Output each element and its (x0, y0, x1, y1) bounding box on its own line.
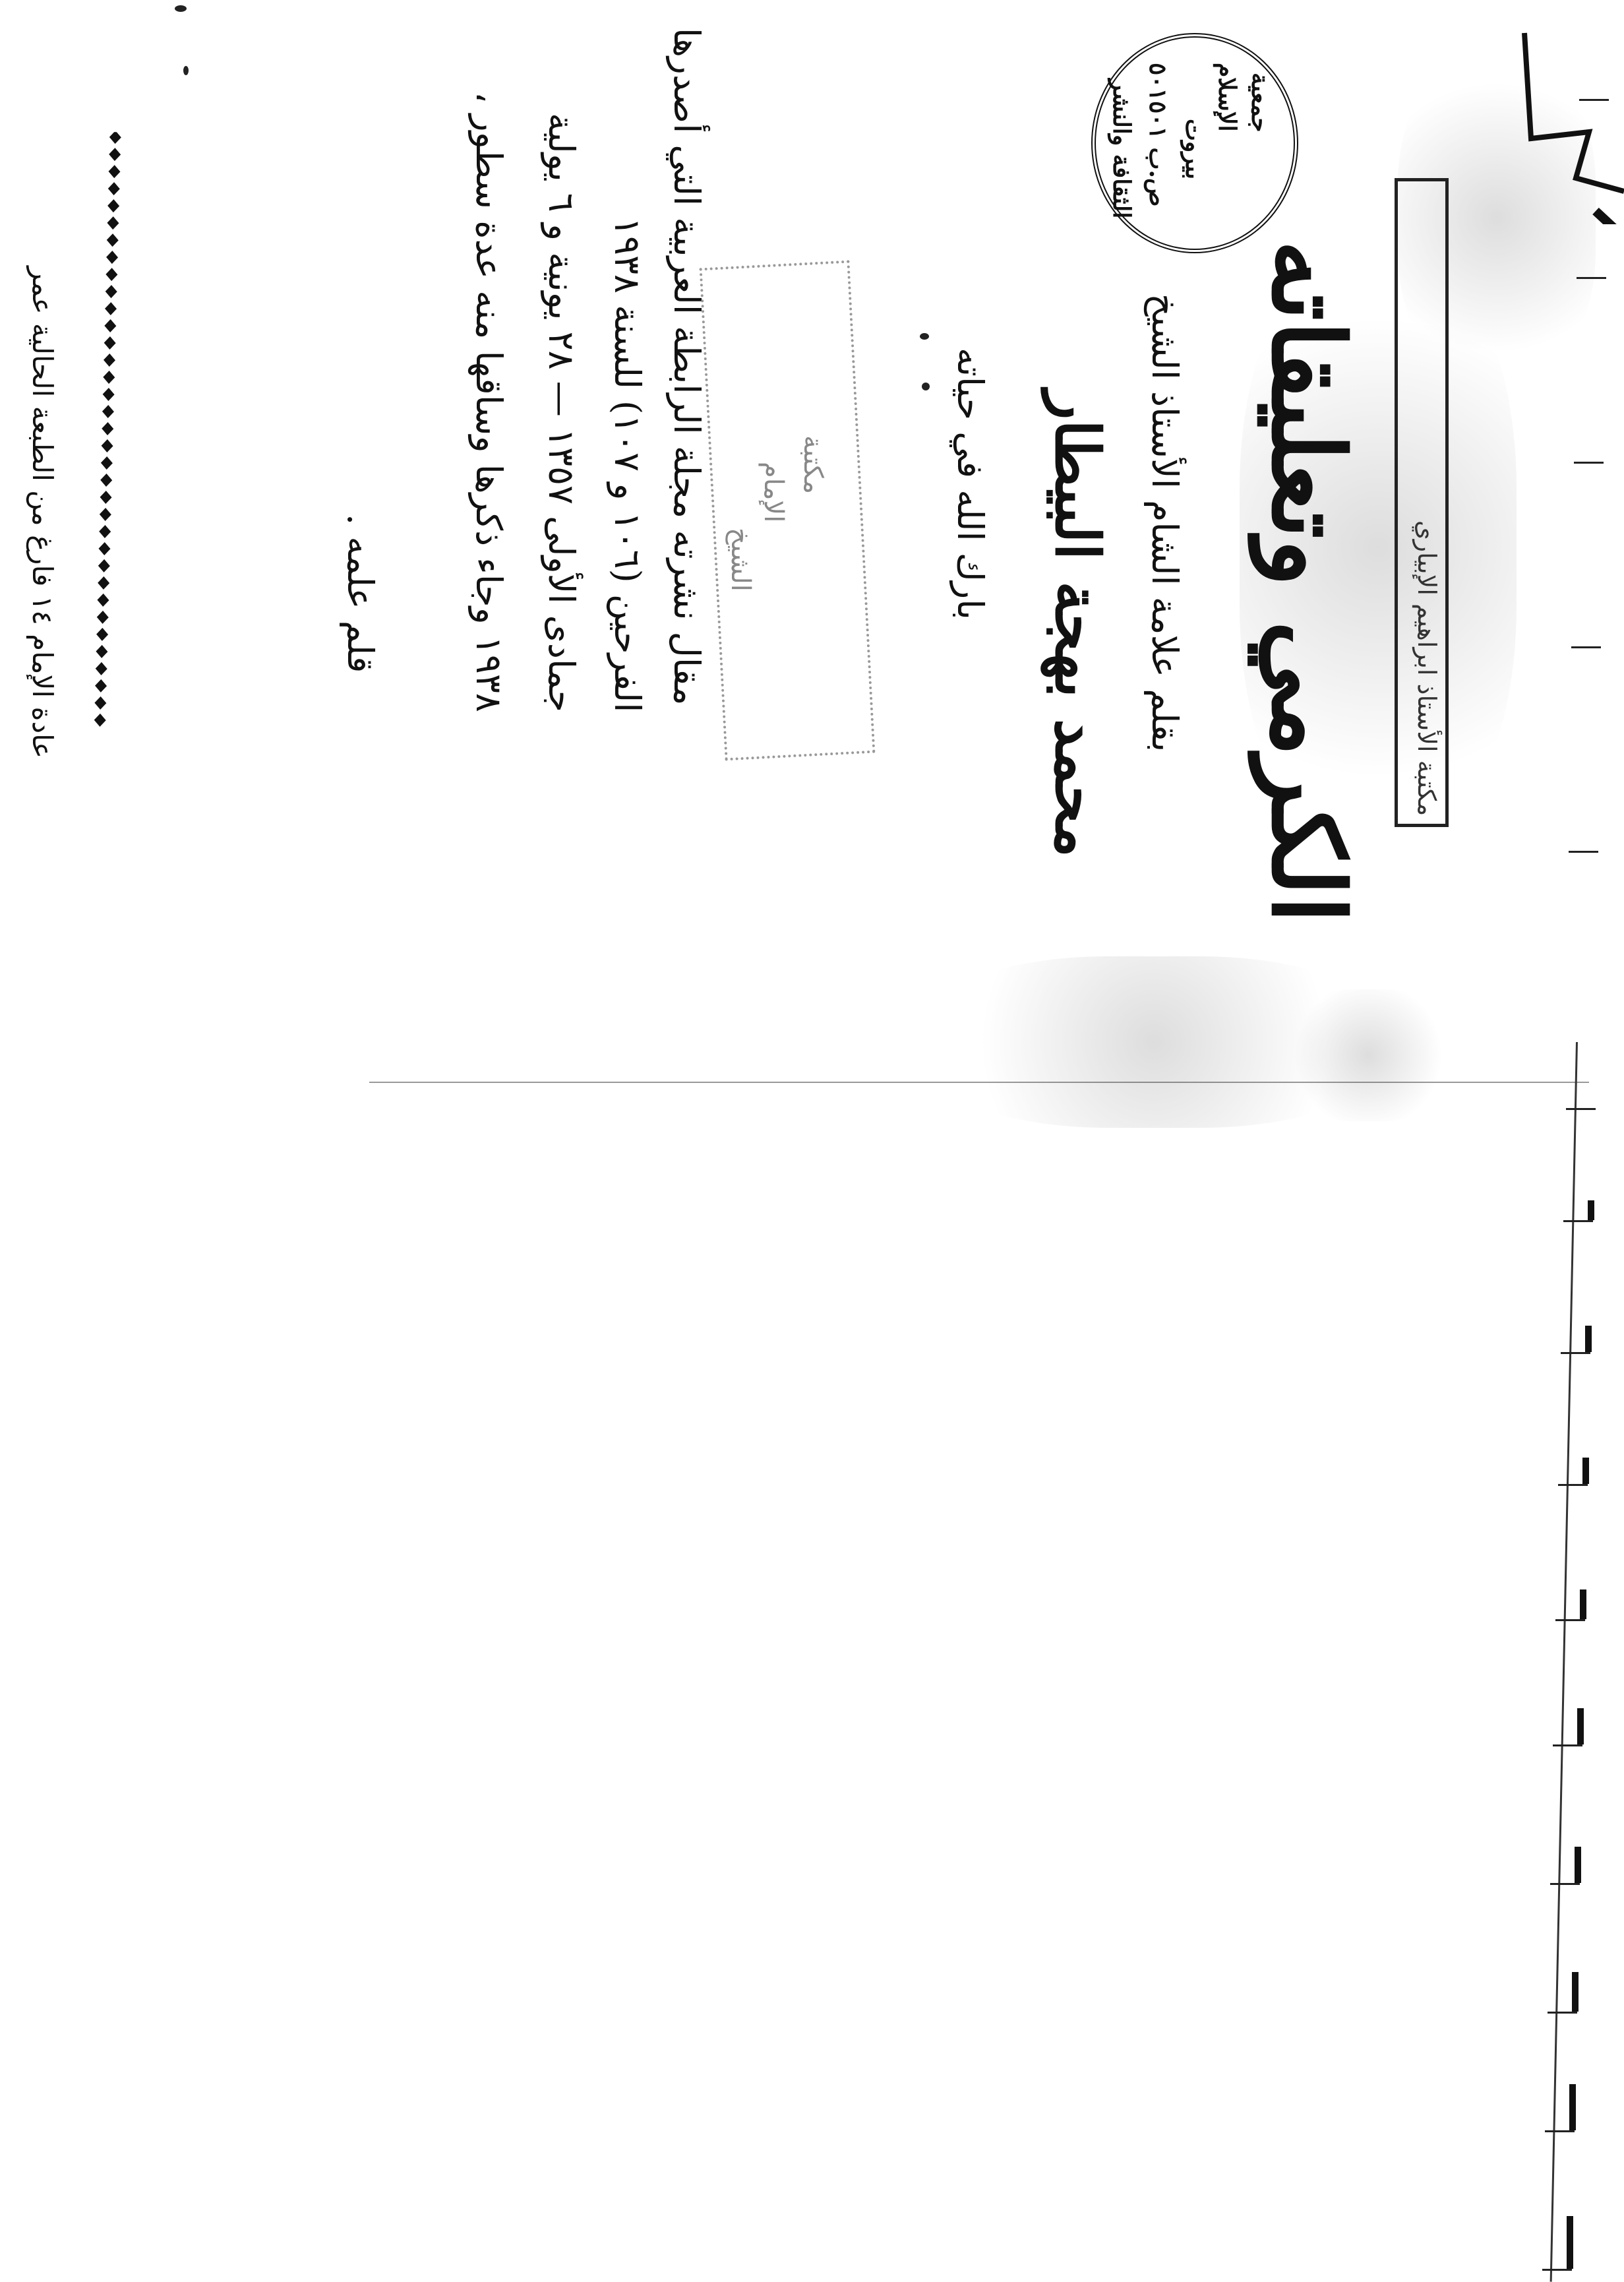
body-line: ١٩٣٨ وجاء ذكرها وساقها منه عدة سطور ، (468, 132, 510, 712)
library-label-box: مكتبة الأستاذ ابراهيم الإبياري (1395, 178, 1449, 827)
author-name: محمد بهجة البيطار (1042, 317, 1113, 857)
faded-stamp-text: الإمام (758, 462, 789, 522)
faded-stamp-text: الشيخ (725, 528, 756, 592)
body-line: الفرحين (١٠٦ و ١٠٧) للسنة ١٩٣٨ (607, 145, 648, 712)
binding-block (1575, 1847, 1581, 1883)
binding-block (1577, 1708, 1584, 1744)
seal-text: الإسلام (1213, 63, 1241, 131)
binding-block (1588, 1200, 1594, 1220)
byline-prefix: بقلم علامة الشام الأستاذ الشيخ (1144, 290, 1186, 752)
binding-block (1572, 1972, 1579, 2012)
binding-tick (1550, 1883, 1580, 1885)
binding-tick (1555, 1619, 1585, 1621)
ink-speck (183, 66, 189, 75)
binding-tick (1563, 1220, 1593, 1222)
binding-block (1580, 1589, 1586, 1619)
binding-tick (1571, 646, 1601, 648)
binding-tick (1553, 1744, 1582, 1746)
binding-tick (1561, 1352, 1590, 1354)
ink-speck (175, 5, 187, 12)
binding-tick (1569, 851, 1598, 853)
body-line: قلم علمه . (340, 475, 381, 673)
binding-tick (1548, 2012, 1577, 2014)
seal-text: الثقافة والنشر (1108, 79, 1135, 218)
body-line: جمادى الأولى ١٣٥٧ — ٢٨ يونية و ٦ يولية (541, 132, 582, 712)
binding-block (1582, 1458, 1589, 1484)
ink-speck (922, 383, 930, 390)
decorative-chain-divider (91, 132, 124, 739)
body-line: مقال نشرته مجلة الرابطة العربية التي أصد… (666, 139, 707, 706)
library-label: مكتبة الأستاذ ابراهيم الإبياري (1412, 520, 1441, 816)
seal-text: بيروت (1180, 119, 1208, 179)
scan-smudge (1286, 989, 1451, 1121)
binding-tick (1542, 2269, 1572, 2271)
binding-tick (1577, 277, 1606, 279)
blessing-line: بارك الله في حياته (949, 369, 991, 620)
corner-fold-mark (1510, 26, 1624, 224)
seal-text: جمعية (1246, 73, 1274, 133)
binding-block (1569, 2084, 1576, 2130)
binding-tick (1579, 99, 1609, 101)
seal-text: ص.ب ٥٠١٥٠١ (1144, 63, 1172, 207)
binding-tick (1574, 462, 1604, 464)
document-title: الكرمي وتعليقاته (1249, 198, 1366, 923)
binding-tick (1558, 1484, 1588, 1486)
ink-speck (920, 333, 929, 340)
faded-stamp-text: مكتبة (798, 435, 828, 494)
binding-tick (1545, 2130, 1575, 2132)
scanned-document-page: مكتبة الأستاذ ابراهيم الإبياري الكرمي وت… (0, 0, 1624, 2282)
binding-tick (1566, 1108, 1596, 1110)
footer-note: عادة الإمام ١٤ فارغ من الطبعة الحالية عم… (26, 125, 59, 758)
page-edge-line (369, 1082, 1589, 1083)
binding-block (1585, 1326, 1592, 1352)
binding-block (1567, 2216, 1573, 2269)
